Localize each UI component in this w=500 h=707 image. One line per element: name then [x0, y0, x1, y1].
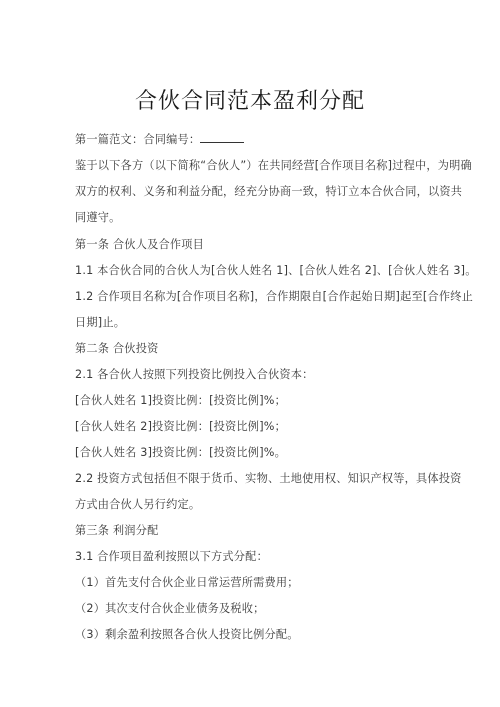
article-1-heading: 第一条 合伙人及合作项目 — [75, 236, 204, 252]
article-3-heading: 第三条 利润分配 — [75, 522, 158, 538]
distribution-item-2: （2）其次支付合伙企业债务及税收； — [75, 600, 265, 616]
document-title: 合伙合同范本盈利分配 — [0, 84, 500, 115]
preamble-line-2: 双方的权利、义务和利益分配，经充分协商一致，特订立本合伙合同，以资共 — [75, 183, 462, 199]
clause-1-1: 1.1 本合伙合同的合伙人为[合伙人姓名 1]、[合伙人姓名 2]、[合伙人姓名… — [75, 262, 477, 278]
distribution-item-1: （1）首先支付合伙企业日常运营所需费用； — [75, 574, 299, 590]
clause-1-2-line-2: 日期]止。 — [75, 314, 125, 330]
partner-1-ratio: [合伙人姓名 1]投资比例：[投资比例]%； — [75, 392, 286, 408]
clause-1-2-line-1: 1.2 合作项目名称为[合作项目名称]，合作期限自[合作起始日期]起至[合作终止 — [75, 288, 473, 304]
clause-2-1: 2.1 各合伙人按照下列投资比例投入合伙资本： — [75, 366, 314, 382]
distribution-item-3: （3）剩余盈利按照各合伙人投资比例分配。 — [75, 626, 299, 642]
contract-number-label: 第一篇范文：合同编号： — [75, 133, 200, 146]
contract-number-blank — [200, 132, 244, 143]
preamble-line-3: 同遵守。 — [75, 209, 121, 225]
preamble-line-1: 鉴于以下各方（以下简称“合伙人”）在共同经营[合作项目名称]过程中，为明确 — [75, 157, 472, 173]
contract-number-line: 第一篇范文：合同编号： — [75, 131, 244, 147]
article-2-heading: 第二条 合伙投资 — [75, 340, 158, 356]
partner-2-ratio: [合伙人姓名 2]投资比例：[投资比例]%； — [75, 418, 286, 434]
clause-2-2-line-1: 2.2 投资方式包括但不限于货币、实物、土地使用权、知识产权等，具体投资 — [75, 470, 462, 486]
partner-3-ratio: [合伙人姓名 3]投资比例：[投资比例]%。 — [75, 444, 286, 460]
clause-3-1: 3.1 合作项目盈利按照以下方式分配： — [75, 548, 268, 564]
clause-2-2-line-2: 方式由合伙人另行约定。 — [75, 496, 200, 512]
